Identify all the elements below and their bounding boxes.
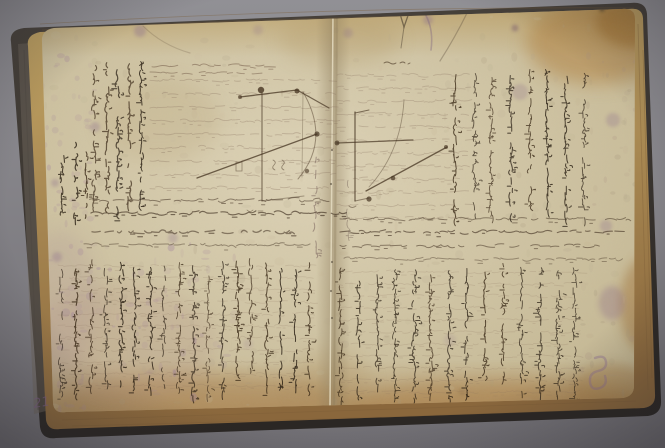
photo-vignette	[0, 0, 665, 448]
photo-frame: 21	[0, 0, 665, 448]
manuscript-photo: 21	[0, 0, 665, 448]
